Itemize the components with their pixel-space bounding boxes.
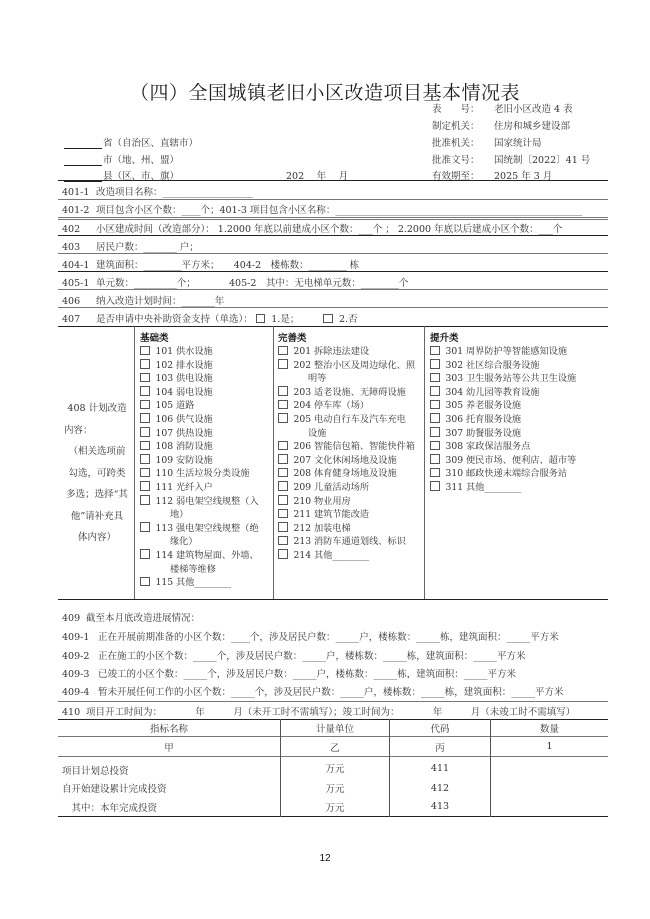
option-110[interactable]: 110 生活垃圾分类设施 — [140, 467, 259, 481]
meta-value-table-no: 老旧小区改造 4 表 — [494, 101, 573, 115]
checkbox[interactable] — [140, 549, 150, 559]
row-410[interactable]: 410项目开工时间为： 年 月（未开工时不需填写）；竣工时间为： 年 月（未竣工… — [62, 704, 575, 718]
checkbox[interactable] — [278, 495, 288, 505]
category-upgrade-title: 提升类 — [430, 330, 459, 344]
page-number: 12 — [0, 853, 650, 864]
option-109[interactable]: 109 安防设施 — [140, 454, 259, 468]
option-111[interactable]: 111 光纤入户 — [140, 481, 259, 495]
table-row: 自开始建设累计完成投资 万元 412 — [58, 779, 608, 797]
project-name-field[interactable]: 改造项目名称：___________________ — [96, 187, 253, 198]
option-310[interactable]: 310 邮政快递末端综合服务站 — [430, 467, 576, 481]
quantity-input-413[interactable] — [491, 797, 609, 817]
meta-value-approver: 国家统计局 — [494, 135, 542, 149]
quantity-input-411[interactable] — [491, 757, 609, 780]
checkbox[interactable] — [278, 481, 288, 491]
column-divider — [273, 326, 274, 599]
option-106[interactable]: 106 供气设施 — [140, 413, 259, 427]
checkbox[interactable] — [430, 481, 440, 491]
divider — [58, 217, 608, 218]
checkbox[interactable] — [140, 495, 150, 505]
option-113[interactable]: 113 强电架空线规整（绝 — [140, 522, 259, 536]
city-field[interactable]: 市（地、州、盟） — [64, 152, 179, 166]
meta-key-table-no: 表 号： — [432, 101, 480, 115]
option-308[interactable]: 308 家政保洁服务点 — [430, 440, 576, 454]
divider — [58, 307, 608, 308]
option-204[interactable]: 204 停车库（场） — [278, 399, 415, 413]
category-basic-title: 基础类 — [140, 330, 169, 344]
option-305[interactable]: 305 养老服务设施 — [430, 399, 576, 413]
option-114-cont: 楼梯等维修 — [140, 563, 259, 577]
checkbox[interactable] — [140, 522, 150, 532]
option-302[interactable]: 302 社区综合服务设施 — [430, 359, 576, 373]
community-count-field[interactable]: 项目包含小区个数：____个；401-3 项目包含小区名称：__________… — [96, 205, 582, 216]
province-field[interactable]: 省（自治区、直辖市） — [64, 135, 198, 149]
divider — [58, 599, 608, 600]
checkbox[interactable] — [140, 359, 150, 369]
subheader-c: 丙 — [390, 737, 491, 757]
col-header-unit: 计量单位 — [281, 719, 390, 737]
checkbox[interactable] — [140, 346, 150, 356]
option-205-cont: 设施 — [278, 427, 415, 441]
divider — [58, 289, 608, 290]
subheader-d: 1 — [491, 737, 609, 757]
checkbox[interactable] — [278, 536, 288, 546]
divider — [58, 219, 608, 220]
meta-value-authority: 住房和城乡建设部 — [494, 118, 570, 132]
build-time-field[interactable]: 小区建成时间（改造部分）： 1.2000 年底以前建成小区个数：___个 ； 2… — [96, 224, 562, 235]
meta-key-approver: 批准机关： — [432, 135, 480, 149]
basic-options-list: 101 供水设施 102 排水设施 103 供电设施 104 弱电设施 105 … — [140, 345, 259, 590]
row-403[interactable]: 403居民户数：_______ 户； — [62, 239, 199, 253]
checkbox[interactable] — [278, 413, 288, 423]
checkbox[interactable] — [278, 400, 288, 410]
option-212[interactable]: 212 加装电梯 — [278, 522, 415, 536]
checkbox[interactable] — [430, 454, 440, 464]
progress-row-409-3[interactable]: 409-3已竣工的小区个数：_____个，涉及居民户数：_____户，楼栋数：_… — [62, 666, 516, 680]
option-207[interactable]: 207 文化休闲场地及设施 — [278, 454, 415, 468]
checkbox[interactable] — [430, 413, 440, 423]
table-row: 项目计划总投资 万元 411 — [58, 757, 608, 780]
option-301[interactable]: 301 周界防护等智能感知设施 — [430, 345, 576, 359]
option-311[interactable]: 311 其他________ — [430, 481, 576, 495]
table-row: 其中：本年完成投资 万元 413 — [58, 797, 608, 817]
option-102[interactable]: 102 排水设施 — [140, 359, 259, 373]
checkbox[interactable] — [278, 386, 288, 396]
divider — [58, 180, 608, 181]
checkbox[interactable] — [140, 468, 150, 478]
row-407: 407是否申请中央补助资金支持（单选）： 1.是； 2.否 — [62, 311, 358, 325]
checkbox[interactable] — [430, 400, 440, 410]
divider — [58, 271, 608, 272]
option-115[interactable]: 115 其他________ — [140, 576, 259, 590]
row-401-2[interactable]: 401-2项目包含小区个数：____个；401-3 项目包含小区名称：_____… — [62, 202, 582, 216]
checkbox[interactable] — [140, 427, 150, 437]
divider — [58, 326, 608, 327]
city-blank[interactable] — [64, 155, 102, 166]
option-112-cont: 地） — [140, 508, 259, 522]
option-203[interactable]: 203 适老设施、无障碍设施 — [278, 386, 415, 400]
divider — [58, 701, 608, 702]
row-405[interactable]: 405-1单元数：_________个； 405-2 其中：无电梯单元数：___… — [62, 275, 408, 289]
progress-row-409-1[interactable]: 409-1正在开展前期准备的小区个数：____个，涉及居民户数：_____户，楼… — [62, 629, 559, 643]
option-205[interactable]: 205 电动自行车及汽车充电 — [278, 413, 415, 427]
checkbox[interactable] — [430, 427, 440, 437]
checkbox[interactable] — [430, 386, 440, 396]
divider — [58, 253, 608, 254]
subheader-a: 甲 — [58, 737, 281, 757]
col-header-code: 代码 — [390, 719, 491, 737]
upgrade-options-list: 301 周界防护等智能感知设施 302 社区综合服务设施 303 卫生服务站等公… — [430, 345, 576, 495]
checkbox[interactable] — [278, 359, 288, 369]
option-304[interactable]: 304 幼儿园等教育设施 — [430, 386, 576, 400]
row-404[interactable]: 404-1建筑面积：________平方米； 404-2 楼栋数：_______… — [62, 257, 359, 271]
option-213[interactable]: 213 消防车通道划线、标识 — [278, 535, 415, 549]
plan-content-label: 408 计划改造 内容： （相关选项前 勾选，可跨类 多选；选择“其 他”请补充… — [58, 398, 136, 549]
checkbox[interactable] — [278, 346, 288, 356]
progress-header: 409截至本月底改造进展情况： — [62, 610, 200, 624]
checkbox[interactable] — [430, 359, 440, 369]
investment-table: 指标名称 计量单位 代码 数量 甲 乙 丙 1 项目计划总投资 万元 411 自… — [58, 719, 608, 817]
option-214[interactable]: 214 其他________ — [278, 549, 415, 563]
option-105[interactable]: 105 道路 — [140, 399, 259, 413]
units-field[interactable]: 单元数：_________个； 405-2 其中：无电梯单元数：________… — [96, 278, 408, 289]
checkbox[interactable] — [140, 373, 150, 383]
row-402[interactable]: 402小区建成时间（改造部分）： 1.2000 年底以前建成小区个数：___个 … — [62, 221, 562, 235]
subsidy-no-option[interactable]: 2.否 — [323, 314, 357, 325]
option-307[interactable]: 307 助餐服务设施 — [430, 427, 576, 441]
category-improve-title: 完善类 — [278, 330, 307, 344]
progress-row-409-2[interactable]: 409-2正在施工的小区个数：_____个，涉及居民户数：_____户，楼栋数：… — [62, 648, 526, 662]
households-field[interactable]: 居民户数：_______ 户； — [96, 242, 199, 253]
checkbox[interactable] — [430, 441, 440, 451]
checkbox[interactable] — [140, 454, 150, 464]
checkbox[interactable] — [278, 509, 288, 519]
option-306[interactable]: 306 托育服务设施 — [430, 413, 576, 427]
improve-options-list: 201 拆除违法建设 202 整治小区及周边绿化、照 明等 203 适老设施、无… — [278, 345, 415, 563]
row-406[interactable]: 406纳入改造计划时间：_______年 — [62, 293, 224, 307]
checkbox[interactable] — [140, 481, 150, 491]
checkbox[interactable] — [140, 386, 150, 396]
checkbox[interactable] — [430, 468, 440, 478]
option-202[interactable]: 202 整治小区及周边绿化、照 — [278, 359, 415, 373]
checkbox[interactable] — [278, 454, 288, 464]
subsidy-yes-option[interactable]: 1.是； — [256, 314, 300, 325]
checkbox[interactable] — [140, 577, 150, 587]
option-108[interactable]: 108 消防设施 — [140, 440, 259, 454]
checkbox[interactable] — [140, 400, 150, 410]
option-309[interactable]: 309 便民市场、便利店、超市等 — [430, 454, 576, 468]
option-201[interactable]: 201 拆除违法建设 — [278, 345, 415, 359]
option-101[interactable]: 101 供水设施 — [140, 345, 259, 359]
option-202-cont: 明等 — [278, 372, 415, 386]
divider — [58, 235, 608, 236]
subheader-b: 乙 — [281, 737, 390, 757]
row-401-1[interactable]: 401-1改造项目名称：___________________ — [62, 184, 253, 198]
progress-row-409-4[interactable]: 409-4暂未开展任何工作的小区个数：_____个，涉及居民户数：_____户，… — [62, 684, 564, 698]
meta-key-authority: 制定机关： — [432, 118, 480, 132]
checkbox[interactable] — [430, 373, 440, 383]
option-303[interactable]: 303 卫生服务站等公共卫生设施 — [430, 372, 576, 386]
checkbox[interactable] — [140, 413, 150, 423]
option-107[interactable]: 107 供热设施 — [140, 427, 259, 441]
option-208[interactable]: 208 体育健身场地及设施 — [278, 467, 415, 481]
checkbox[interactable] — [140, 441, 150, 451]
quantity-input-412[interactable] — [491, 779, 609, 797]
checkbox[interactable] — [278, 522, 288, 532]
meta-key-approval-no: 批准文号： — [432, 152, 480, 166]
option-113-cont: 缘化） — [140, 535, 259, 549]
checkbox[interactable] — [430, 346, 440, 356]
col-header-indicator: 指标名称 — [58, 719, 281, 737]
option-114[interactable]: 114 建筑物屋面、外墙、 — [140, 549, 259, 563]
option-112[interactable]: 112 弱电架空线规整（入 — [140, 495, 259, 509]
plan-year-field[interactable]: 纳入改造计划时间：_______年 — [96, 296, 224, 307]
checkbox[interactable] — [256, 314, 266, 324]
column-divider — [424, 326, 425, 599]
meta-value-approval-no: 国统制〔2022〕41 号 — [494, 152, 590, 166]
option-209[interactable]: 209 儿童活动场所 — [278, 481, 415, 495]
option-211[interactable]: 211 建筑节能改造 — [278, 508, 415, 522]
option-103[interactable]: 103 供电设施 — [140, 372, 259, 386]
checkbox[interactable] — [278, 441, 288, 451]
floor-area-field[interactable]: 建筑面积：________平方米； 404-2 楼栋数：________ 栋 — [96, 260, 359, 271]
option-210[interactable]: 210 物业用房 — [278, 495, 415, 509]
option-206[interactable]: 206 智能信包箱、智能快件箱 — [278, 440, 415, 454]
checkbox[interactable] — [278, 468, 288, 478]
col-header-quantity: 数量 — [491, 719, 609, 737]
divider — [58, 199, 608, 200]
checkbox[interactable] — [278, 549, 288, 559]
checkbox[interactable] — [323, 314, 333, 324]
province-blank[interactable] — [64, 138, 102, 149]
option-104[interactable]: 104 弱电设施 — [140, 386, 259, 400]
